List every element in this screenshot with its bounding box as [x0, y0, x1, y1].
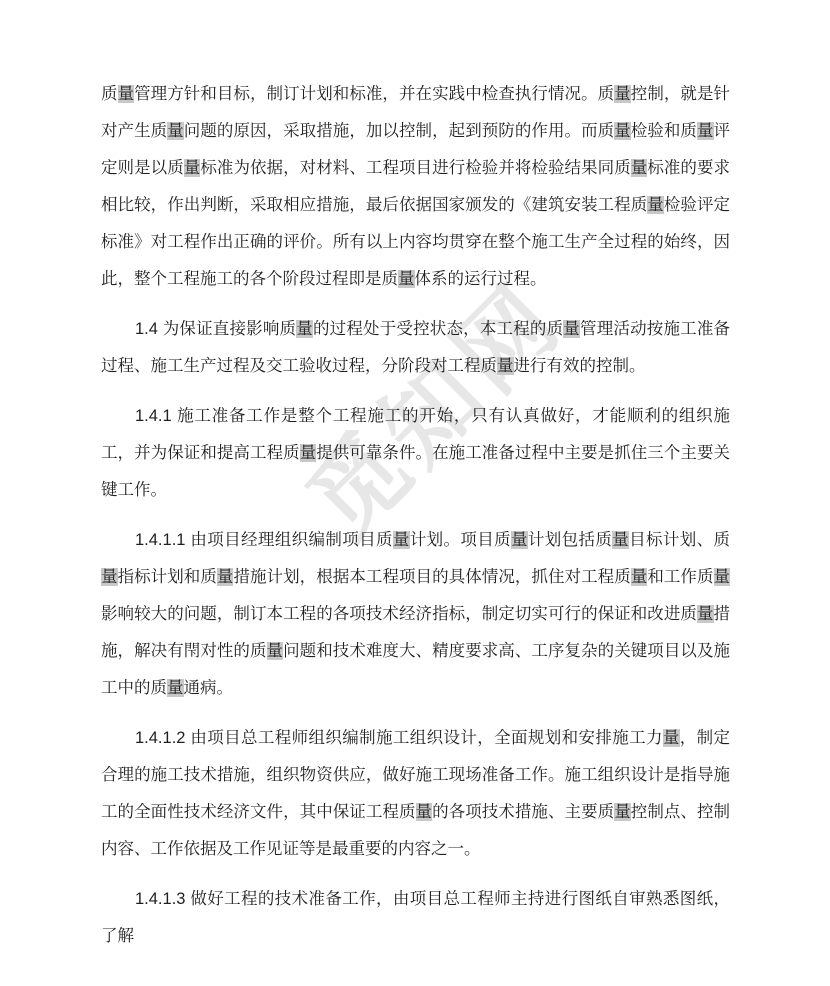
highlighted-char: 量 — [167, 679, 184, 697]
highlighted-char: 量 — [118, 85, 135, 103]
highlighted-char: 量 — [416, 803, 433, 821]
paragraph: 1.4.1.2 由项目总工程师组织编制施工组织设计，全面规划和安排施工力量，制定… — [101, 720, 730, 868]
highlighted-char: 量 — [614, 122, 631, 140]
highlighted-char: 量 — [631, 159, 648, 177]
paragraph-list: 质量管理方针和目标，制订计划和标准，并在实践中检查执行情况。质量控制，就是针对产… — [101, 76, 730, 968]
highlighted-char: 量 — [631, 568, 648, 586]
highlighted-char: 量 — [101, 568, 118, 586]
highlighted-char: 量 — [697, 605, 714, 623]
highlighted-char: 量 — [398, 270, 415, 288]
highlighted-char: 量 — [663, 729, 680, 747]
paragraph: 1.4.1.1 由项目经理组织编制项目质量计划。项目质量计划包括质量目标计划、质… — [101, 522, 730, 707]
highlighted-char: 量 — [167, 122, 184, 140]
highlighted-char: 量 — [300, 444, 317, 462]
highlighted-char: 量 — [296, 320, 313, 338]
highlighted-char: 量 — [267, 642, 284, 660]
highlighted-char: 量 — [614, 803, 631, 821]
highlighted-char: 量 — [714, 568, 731, 586]
highlighted-char: 量 — [563, 320, 580, 338]
highlighted-char: 量 — [697, 122, 714, 140]
highlighted-char: 量 — [647, 196, 664, 214]
highlighted-char: 量 — [217, 568, 234, 586]
highlighted-char: 量 — [497, 357, 514, 375]
highlighted-char: 量 — [184, 159, 201, 177]
highlighted-char: 量 — [614, 85, 631, 103]
paragraph: 1.4.1 施工准备工作是整个工程施工的开始，只有认真做好，才能顺利的组织施工，… — [101, 398, 730, 509]
paragraph: 1.4.1.3 做好工程的技术准备工作，由项目总工程师主持进行图纸自审熟悉图纸，… — [101, 881, 730, 955]
highlighted-char: 量 — [612, 531, 629, 549]
highlighted-char: 量 — [393, 531, 410, 549]
document-page: 觅知网 质量管理方针和目标，制订计划和标准，并在实践中检查执行情况。质量控制，就… — [0, 0, 830, 986]
paragraph: 1.4 为保证直接影响质量的过程处于受控状态，本工程的质量管理活动按施工准备过程… — [101, 311, 730, 385]
highlighted-char: 量 — [511, 531, 528, 549]
paragraph: 质量管理方针和目标，制订计划和标准，并在实践中检查执行情况。质量控制，就是针对产… — [101, 76, 730, 298]
